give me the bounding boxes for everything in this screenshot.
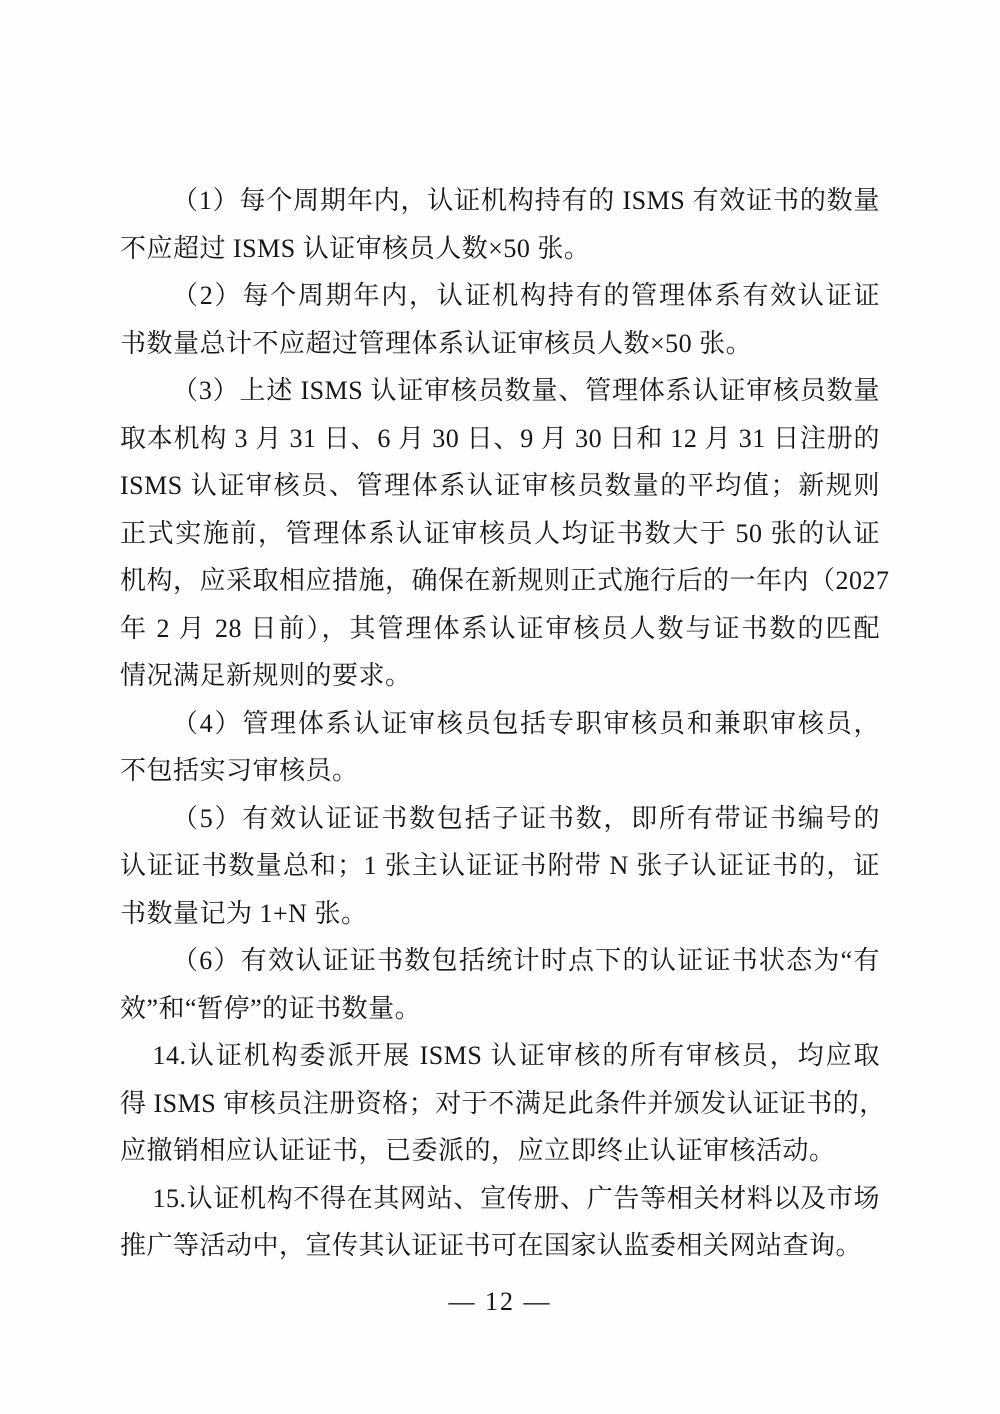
document-line: 推广等活动中，宣传其认证证书可在国家认监委相关网站查询。 — [120, 1222, 880, 1270]
document-line: 情况满足新规则的要求。 — [120, 652, 880, 700]
document-line: （1）每个周期年内，认证机构持有的 ISMS 有效证书的数量 — [120, 177, 880, 225]
document-line: 取本机构 3 月 31 日、6 月 30 日、9 月 30 日和 12 月 31… — [120, 415, 880, 463]
document-line: 不应超过 ISMS 认证审核员人数×50 张。 — [120, 225, 880, 273]
document-line: （3）上述 ISMS 认证审核员数量、管理体系认证审核员数量 — [120, 367, 880, 415]
document-line: ISMS 认证审核员、管理体系认证审核员数量的平均值；新规则 — [120, 462, 880, 510]
document-line: 14.认证机构委派开展 ISMS 认证审核的所有审核员，均应取 — [120, 1032, 880, 1080]
document-line: 应撤销相应认证证书，已委派的，应立即终止认证审核活动。 — [120, 1127, 880, 1175]
document-line: （5）有效认证证书数包括子证书数，即所有带证书编号的 — [120, 795, 880, 843]
document-body: （1）每个周期年内，认证机构持有的 ISMS 有效证书的数量不应超过 ISMS … — [120, 177, 880, 1270]
document-line: 年 2 月 28 日前），其管理体系认证审核员人数与证书数的匹配 — [120, 605, 880, 653]
document-line: 机构，应采取相应措施，确保在新规则正式施行后的一年内（2027 — [120, 557, 880, 605]
document-line: （4）管理体系认证审核员包括专职审核员和兼职审核员， — [120, 700, 880, 748]
document-line: 正式实施前，管理体系认证审核员人均证书数大于 50 张的认证 — [120, 510, 880, 558]
document-line: 不包括实习审核员。 — [120, 747, 880, 795]
document-line: 得 ISMS 审核员注册资格；对于不满足此条件并颁发认证证书的， — [120, 1080, 880, 1128]
document-line: （2）每个周期年内，认证机构持有的管理体系有效认证证 — [120, 272, 880, 320]
document-line: 书数量总计不应超过管理体系认证审核员人数×50 张。 — [120, 320, 880, 368]
document-line: （6）有效认证证书数包括统计时点下的认证证书状态为“有 — [120, 937, 880, 985]
page-footer: — 12 — — [0, 1286, 1000, 1318]
document-page: （1）每个周期年内，认证机构持有的 ISMS 有效证书的数量不应超过 ISMS … — [0, 0, 1000, 1414]
document-line: 书数量记为 1+N 张。 — [120, 890, 880, 938]
page-number: — 12 — — [449, 1287, 552, 1316]
document-line: 15.认证机构不得在其网站、宣传册、广告等相关材料以及市场 — [120, 1175, 880, 1223]
document-line: 效”和“暂停”的证书数量。 — [120, 985, 880, 1033]
document-line: 认证证书数量总和；1 张主认证证书附带 N 张子认证证书的，证 — [120, 842, 880, 890]
